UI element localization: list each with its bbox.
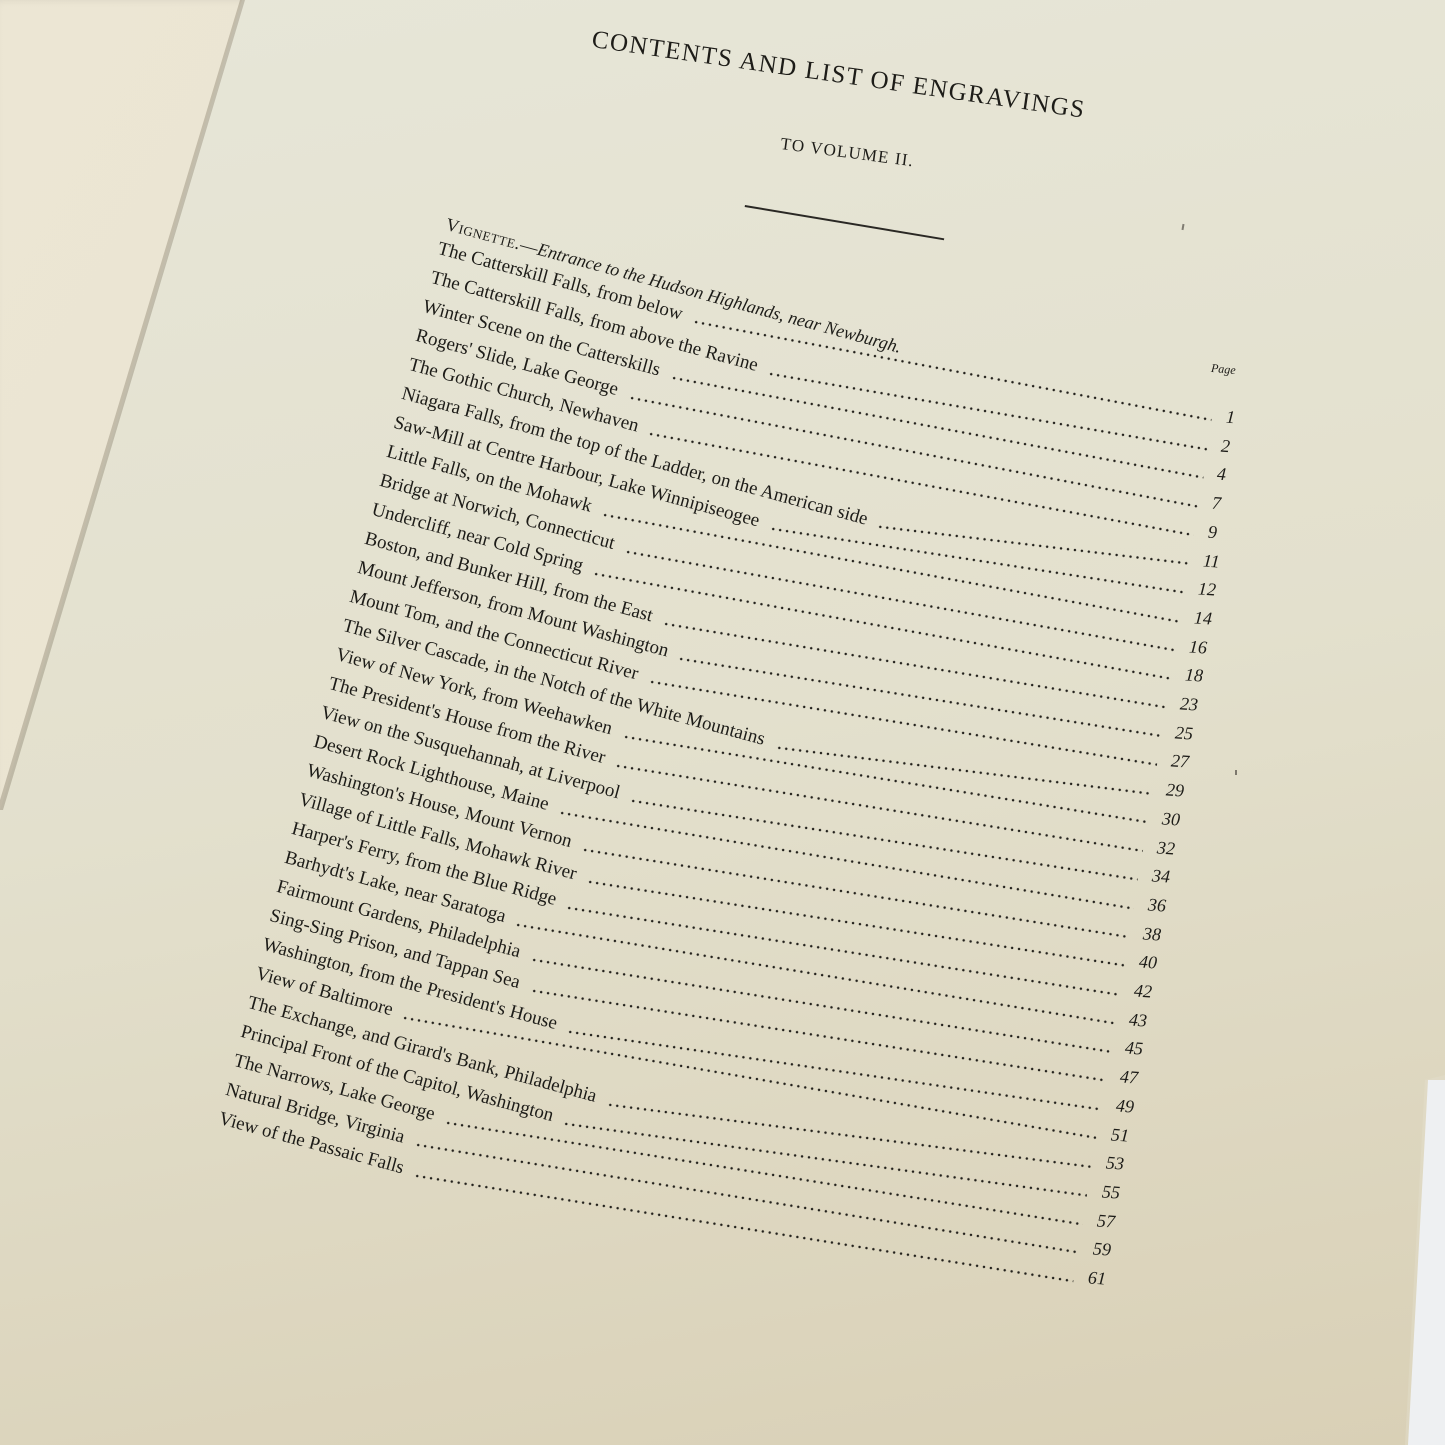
entry-page-number: 30 — [1161, 808, 1180, 830]
entry-page-number: 42 — [1133, 980, 1152, 1002]
dot-leader — [414, 1174, 1074, 1283]
entry-page-number: 11 — [1202, 550, 1220, 572]
entry-page-number: 40 — [1138, 952, 1157, 974]
entry-page-number: 1 — [1225, 407, 1235, 429]
entry-page-number: 45 — [1124, 1038, 1143, 1060]
title-rule-divider — [745, 205, 945, 240]
page-column-label: Page — [1210, 361, 1236, 378]
book-photo: CONTENTS AND LIST OF ENGRAVINGS TO VOLUM… — [0, 0, 1445, 1445]
entry-page-number: 38 — [1142, 923, 1161, 945]
dot-leader — [624, 550, 1175, 652]
dot-leader — [566, 1030, 1101, 1111]
entry-page-number: 4 — [1216, 464, 1226, 486]
entry-page-number: 16 — [1188, 636, 1207, 658]
entry-page-number: 29 — [1165, 779, 1184, 801]
dot-leader — [445, 1121, 1084, 1226]
dot-leader — [767, 372, 1207, 451]
ink-speck — [1235, 770, 1237, 775]
entry-page-number: 49 — [1115, 1095, 1134, 1117]
page-content: CONTENTS AND LIST OF ENGRAVINGS TO VOLUM… — [0, 0, 1445, 1445]
entry-page-number: 14 — [1193, 607, 1212, 629]
entry-page-number: 53 — [1106, 1153, 1125, 1175]
entry-page-number: 2 — [1221, 435, 1231, 457]
entry-page-number: 27 — [1170, 751, 1189, 773]
page-subtitle: TO VOLUME II. — [779, 134, 915, 171]
ink-speck — [1181, 224, 1184, 230]
entry-page-number: 18 — [1184, 665, 1203, 687]
entry-page-number: 43 — [1129, 1009, 1148, 1031]
entry-page-number: 61 — [1087, 1267, 1106, 1289]
entry-page-number: 51 — [1110, 1124, 1129, 1146]
entry-page-number: 36 — [1147, 894, 1166, 916]
entry-page-number: 9 — [1207, 522, 1217, 544]
entry-page-number: 7 — [1211, 493, 1221, 515]
entry-page-number: 23 — [1179, 693, 1198, 715]
page-title: CONTENTS AND LIST OF ENGRAVINGS — [590, 26, 1087, 125]
entry-page-number: 47 — [1119, 1066, 1138, 1088]
entry-page-number: 12 — [1198, 579, 1217, 601]
entry-page-number: 34 — [1152, 866, 1171, 888]
dot-leader — [877, 525, 1189, 565]
entry-page-number: 57 — [1096, 1210, 1115, 1232]
entry-page-number: 32 — [1156, 837, 1175, 859]
entry-page-number: 55 — [1101, 1181, 1120, 1203]
entry-page-number: 59 — [1092, 1239, 1111, 1261]
dot-leader — [628, 396, 1198, 508]
dot-leader — [515, 923, 1115, 1025]
dot-leader — [670, 376, 1203, 479]
dot-leader — [414, 1143, 1078, 1254]
entry-page-number: 25 — [1175, 722, 1194, 744]
